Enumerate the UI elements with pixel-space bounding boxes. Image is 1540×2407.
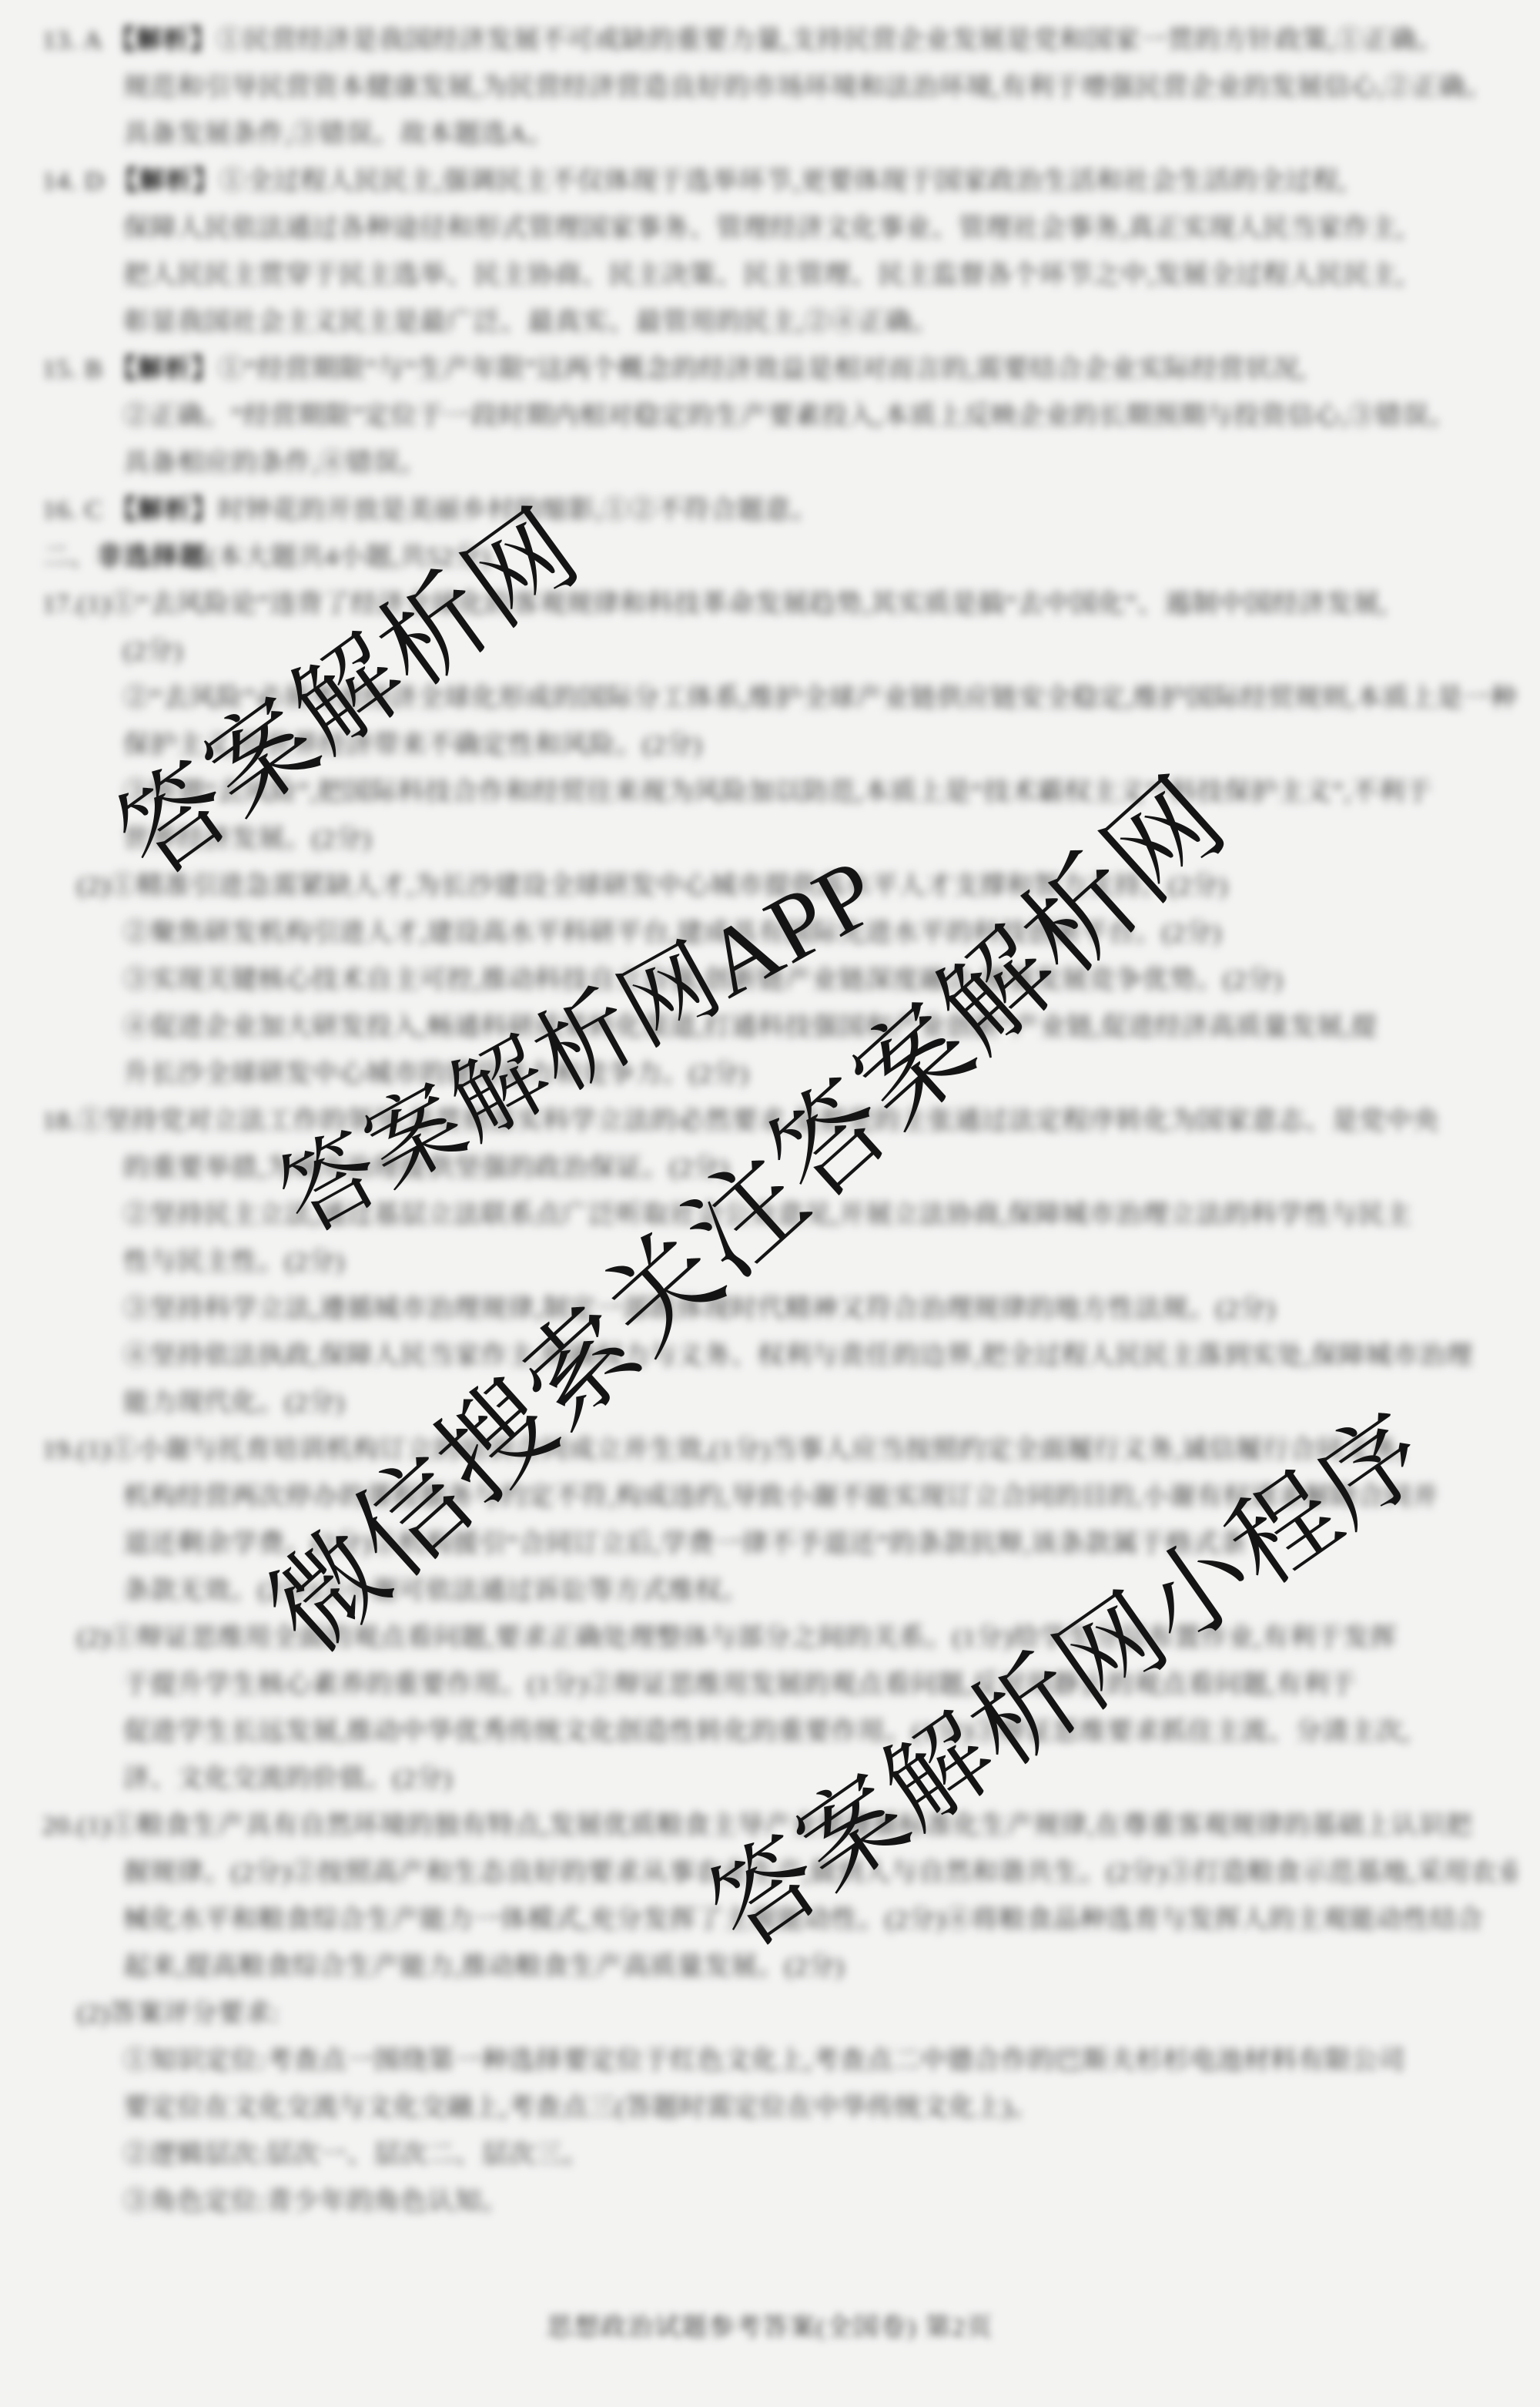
bold-text-segment: 【解析】 (110, 355, 218, 384)
text-segment: ④坚持依法执政,保障人民当家作主,明确权力与义务、权利与责任的边界,把全过程人民… (123, 1342, 1473, 1370)
text-segment: ②逻辑层次:层次一、层次二、层次三。 (123, 2140, 589, 2169)
text-segment: ①全过程人民民主,强调民主不仅体现于选举环节,更要体现于国家政治生活和社会生活的… (219, 167, 1347, 196)
text-line: ③角色定位:青少年的角色认知。 (42, 2178, 1517, 2225)
text-segment: ④促进企业加大研发投入,畅通科研成果转化渠道,打通科技强国和产业创新”产业链,促… (123, 1013, 1378, 1041)
text-line: 规范和引导民营资本健康发展,为民营经济营造良好的市场环境和法治环境,有利于增强民… (42, 64, 1517, 111)
text-segment: 条款无效。(2分)③小谢可依法通过诉讼等方式维权。 (123, 1577, 749, 1605)
bold-text-segment: 【解析】 (109, 26, 216, 55)
text-segment: 促进学生长远发展,推动中华优秀传统文化创造性转化的重要作用。(1分)③辩证思维要… (123, 1718, 1411, 1746)
text-segment: 具备发展条件,③错误。故本题选A。 (123, 120, 554, 149)
text-line: 17.(1)①“去风险论”违背了经济全球化的客观规律和科技革命发展趋势,其实质是… (42, 581, 1517, 628)
text-line: ④坚持依法执政,保障人民当家作主,明确权力与义务、权利与责任的边界,把全过程人民… (42, 1333, 1517, 1379)
text-segment: 二、 (42, 543, 96, 572)
text-segment: 18.①坚持党对立法工作的领导,是贯彻落实科学立法的必然要求,是把党的主张通过法… (42, 1107, 1440, 1135)
text-line: 把人民民主贯穿于民主选举、民主协商、民主决策、民主管理、民主监督各个环节之中,发… (42, 252, 1517, 299)
text-line: ④促进企业加大研发投入,畅通科研成果转化渠道,打通科技强国和产业创新”产业链,促… (42, 1004, 1517, 1051)
text-line: 二、非选择题(本大题共4小题,共52分) (42, 534, 1517, 581)
bold-text-segment: 【解析】 (112, 167, 219, 196)
text-segment: 要定位在文化交流与文化交融上,考查点三(答题时需定位在中华传统文化上)。 (123, 2094, 1039, 2122)
text-segment: 16. C (42, 496, 110, 525)
text-line: 15. B 【解析】①“经营期限”与“生产年限”这两个概念的经济效益是相对而言的… (42, 346, 1517, 393)
text-segment: 规范和引导民营资本健康发展,为民营经济营造良好的市场环境和法治环境,有利于增强民… (123, 73, 1493, 102)
text-segment: 14. D (42, 167, 112, 196)
text-line: ③坚持科学立法,遵循城市治理规律,制定一部既体现时代精神又符合治理规律的地方性法… (42, 1286, 1517, 1333)
text-segment: ①知识定位:考查点一围绕第一种选择要定位于红色文化上,考查点二中德合作的巴斯夫杉… (123, 2047, 1405, 2075)
bold-text-segment: 非选择题 (96, 543, 207, 572)
text-line: 14. D 【解析】①全过程人民民主,强调民主不仅体现于选举环节,更要体现于国家… (42, 158, 1517, 205)
text-line: (2)答案评分要求: (42, 1990, 1517, 2037)
text-line: 升长沙全球研发中心城市的建设能力和竞争力。(2分) (42, 1051, 1517, 1098)
text-line: 具备发展条件,③错误。故本题选A。 (42, 111, 1517, 158)
text-line: ①知识定位:考查点一围绕第一种选择要定位于红色文化上,考查点二中德合作的巴斯夫杉… (42, 2037, 1517, 2084)
text-line: 16. C 【解析】时钟花的开放是美丽乡村的缩影,①②不符合题意。 (42, 487, 1517, 534)
scanned-answer-page: 13. A 【解析】①民营经济是我国经济发展不可或缺的重要力量,支持民营企业发展… (0, 0, 1540, 2407)
text-segment: ①“经营期限”与“生产年限”这两个概念的经济效益是相对而言的,需要结合企业实际经… (218, 355, 1306, 384)
text-line: ②逻辑层次:层次一、层次二、层次三。 (42, 2131, 1517, 2178)
text-line: 保障人民依法通过各种途径和形式管理国家事务、管理经济文化事业、管理社会事务,真正… (42, 205, 1517, 252)
text-line: (2)①辩证思维用全面的观点看问题,要求正确处理整体与部分之间的关系。(1分)给… (42, 1614, 1517, 1661)
text-segment: ②正确。“经营期限”定位于一段时期内相对稳定的生产要素投入,本质上反映企业的长期… (123, 402, 1456, 431)
text-line: 济、文化交流的价值。(2分) (42, 1755, 1517, 1802)
text-segment: 17.(1)①“去风险论”违背了经济全球化的客观规律和科技革命发展趋势,其实质是… (42, 590, 1388, 619)
text-line: (2分) (42, 628, 1517, 675)
text-segment: 13. A (42, 26, 109, 55)
text-segment: 济、文化交流的价值。(2分) (123, 1765, 453, 1793)
text-segment: 把人民民主贯穿于民主选举、民主协商、民主决策、民主管理、民主监督各个环节之中,发… (123, 261, 1404, 290)
text-line: 促进学生长远发展,推动中华优秀传统文化创造性转化的重要作用。(1分)③辩证思维要… (42, 1708, 1517, 1755)
text-line: 13. A 【解析】①民营经济是我国经济发展不可或缺的重要力量,支持民营企业发展… (42, 17, 1517, 64)
text-segment: 起来,提高粮食综合生产能力,推动粮食生产高质量发展。(2分) (123, 1953, 845, 1981)
text-line: ②正确。“经营期限”定位于一段时期内相对稳定的生产要素投入,本质上反映企业的长期… (42, 393, 1517, 440)
text-line: 具备相应的条件,④错误。 (42, 440, 1517, 487)
text-line: 彰显我国社会主义民主是最广泛、最真实、最管用的民主,②④正确。 (42, 299, 1517, 346)
text-segment: 彰显我国社会主义民主是最广泛、最真实、最管用的民主,②④正确。 (123, 308, 939, 337)
text-segment: ③角色定位:青少年的角色认知。 (123, 2187, 508, 2216)
bold-text-segment: 【解析】 (110, 496, 218, 525)
text-segment: (2)答案评分要求: (77, 2000, 280, 2028)
text-segment: ①民营经济是我国经济发展不可或缺的重要力量,支持民营企业发展是党和国家一贯的方针… (216, 26, 1444, 55)
text-line: 能力现代化。(2分) (42, 1379, 1517, 1426)
text-segment: 能力现代化。(2分) (123, 1389, 345, 1417)
text-segment: 性与民主性。(2分) (123, 1248, 345, 1276)
page-footer: 思想政治试题参考答案(全国卷) 第2页 (0, 2307, 1540, 2343)
text-line: 要定位在文化交流与文化交融上,考查点三(答题时需定位在中华传统文化上)。 (42, 2084, 1517, 2131)
text-segment: 保障人民依法通过各种途径和形式管理国家事务、管理经济文化事业、管理社会事务,真正… (123, 214, 1404, 243)
text-segment: 19.(1)①小谢与托育培训机构订立的培训合同成立并生效,(1分)当事人应当按照… (42, 1436, 1404, 1464)
text-segment: 具备相应的条件,④错误。 (123, 449, 427, 478)
text-line: 于提升学生核心素养的重要作用。(1分)②辩证思维用发展的观点看问题,反对用静止的… (42, 1661, 1517, 1708)
text-segment: (2分) (123, 637, 183, 665)
text-segment: 15. B (42, 355, 110, 384)
